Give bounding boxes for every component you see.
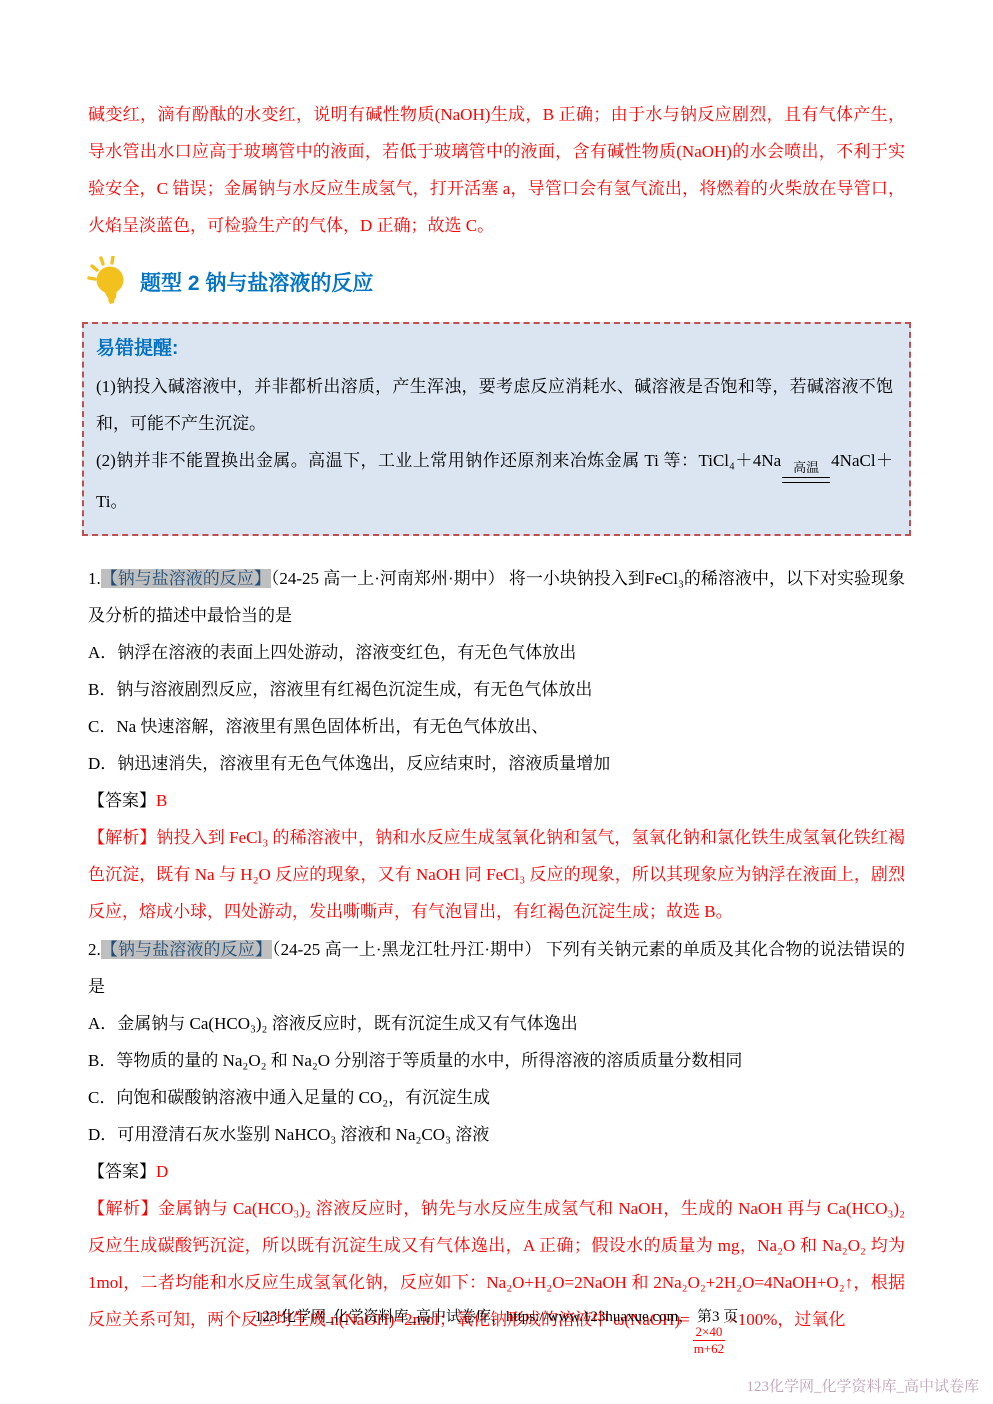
worksheet-page: 碱变红，滴有酚酞的水变红，说明有碱性物质(NaOH)生成，B 正确；由于水与钠反… (0, 0, 993, 1404)
fraction-denominator: m+62 (691, 1341, 727, 1357)
analysis-label: 【解析】 (88, 1199, 158, 1218)
lightbulb-icon (86, 256, 128, 311)
page-footer: 123 化学网_化学资料库_高中试卷库，https://www.123huaxu… (0, 1307, 993, 1328)
question-2-topic-tag: 【钠与盐溶液的反应】 (101, 940, 272, 959)
question-1-option-c: C．Na 快速溶解，溶液里有黑色固体析出，有无色气体放出、 (88, 708, 905, 745)
question-1-stem: 1.【钠与盐溶液的反应】（24-25 高一上·河南郑州·期中） 将一小块钠投入到… (88, 560, 905, 634)
tip-box-title: 易错提醒: (96, 334, 893, 364)
tip-item-2: (2)钠并非不能置换出金属。高温下，工业上常用钠作还原剂来冶炼金属 Ti 等：T… (96, 442, 893, 520)
analysis-label: 【解析】 (88, 828, 156, 847)
tip-box: 易错提醒: (1)钠投入碱溶液中，并非都析出溶质，产生浑浊，要考虑反应消耗水、碱… (82, 322, 911, 536)
question-2-option-b: B．等物质的量的 Na₂O₂ 和 Na₂O 分别溶于等质量的水中，所得溶液的溶质… (88, 1042, 905, 1079)
question-2-stem: 2.【钠与盐溶液的反应】（24-25 高一上·黑龙江牡丹江·期中） 下列有关钠元… (88, 931, 905, 1005)
question-2-answer-line: 【答案】D (88, 1153, 905, 1190)
tip-item-2-text: (2)钠并非不能置换出金属。高温下，工业上常用钠作还原剂来冶炼金属 Ti 等：T… (96, 451, 781, 470)
tip-item-1: (1)钠投入碱溶液中，并非都析出溶质，产生浑浊，要考虑反应消耗水、碱溶液是否饱和… (96, 368, 893, 442)
intro-analysis-paragraph: 碱变红，滴有酚酞的水变红，说明有碱性物质(NaOH)生成，B 正确；由于水与钠反… (88, 96, 905, 244)
mass-fraction-formula: 2×40m+62 (691, 1324, 727, 1358)
question-1-answer-line: 【答案】B (88, 782, 905, 819)
answer-label: 【答案】 (88, 1162, 156, 1181)
double-bond-line (782, 477, 830, 483)
question-1-option-d: D．钠迅速消失，溶液里有无色气体逸出，反应结束时，溶液质量增加 (88, 745, 905, 782)
question-2: 2.【钠与盐溶液的反应】（24-25 高一上·黑龙江牡丹江·期中） 下列有关钠元… (88, 931, 905, 1358)
page-content: 碱变红，滴有酚酞的水变红，说明有碱性物质(NaOH)生成，B 正确；由于水与钠反… (0, 0, 993, 1357)
answer-label: 【答案】 (88, 791, 156, 810)
section-title: 题型 2 钠与盐溶液的反应 (140, 271, 373, 296)
question-1-analysis: 【解析】钠投入到 FeCl₃ 的稀溶液中，钠和水反应生成氢氧化钠和氢气，氢氧化钠… (88, 819, 905, 930)
question-1-analysis-text: 钠投入到 FeCl₃ 的稀溶液中，钠和水反应生成氢氧化钠和氢气，氢氧化钠和氯化铁… (88, 828, 905, 921)
section-header: 题型 2 钠与盐溶液的反应 (86, 256, 905, 311)
question-1-option-b: B．钠与溶液剧烈反应，溶液里有红褐色沉淀生成，有无色气体放出 (88, 671, 905, 708)
question-1-topic-tag: 【钠与盐溶液的反应】 (101, 569, 271, 588)
question-2-option-c: C．向饱和碳酸钠溶液中通入足量的 CO₂，有沉淀生成 (88, 1079, 905, 1116)
question-2-option-d: D．可用澄清石灰水鉴别 NaHCO₃ 溶液和 Na₂CO₃ 溶液 (88, 1116, 905, 1153)
question-2-analysis: 【解析】金属钠与 Ca(HCO₃)₂ 溶液反应时，钠先与水反应生成氢气和 NaO… (88, 1190, 905, 1358)
question-1-option-a: A．钠浮在溶液的表面上四处游动，溶液变红色，有无色气体放出 (88, 634, 905, 671)
reaction-condition-label: 高温 (793, 461, 819, 476)
question-1-number: 1. (88, 569, 101, 588)
question-2-number: 2. (88, 940, 101, 959)
question-1-answer: B (156, 791, 167, 810)
question-2-option-a: A．金属钠与 Ca(HCO₃)₂ 溶液反应时，既有沉淀生成又有气体逸出 (88, 1005, 905, 1042)
site-watermark: 123化学网_化学资料库_高中试卷库 (746, 1375, 979, 1396)
question-1: 1.【钠与盐溶液的反应】（24-25 高一上·河南郑州·期中） 将一小块钠投入到… (88, 560, 905, 930)
question-2-answer: D (156, 1162, 168, 1181)
reaction-condition: 高温 (782, 461, 830, 483)
